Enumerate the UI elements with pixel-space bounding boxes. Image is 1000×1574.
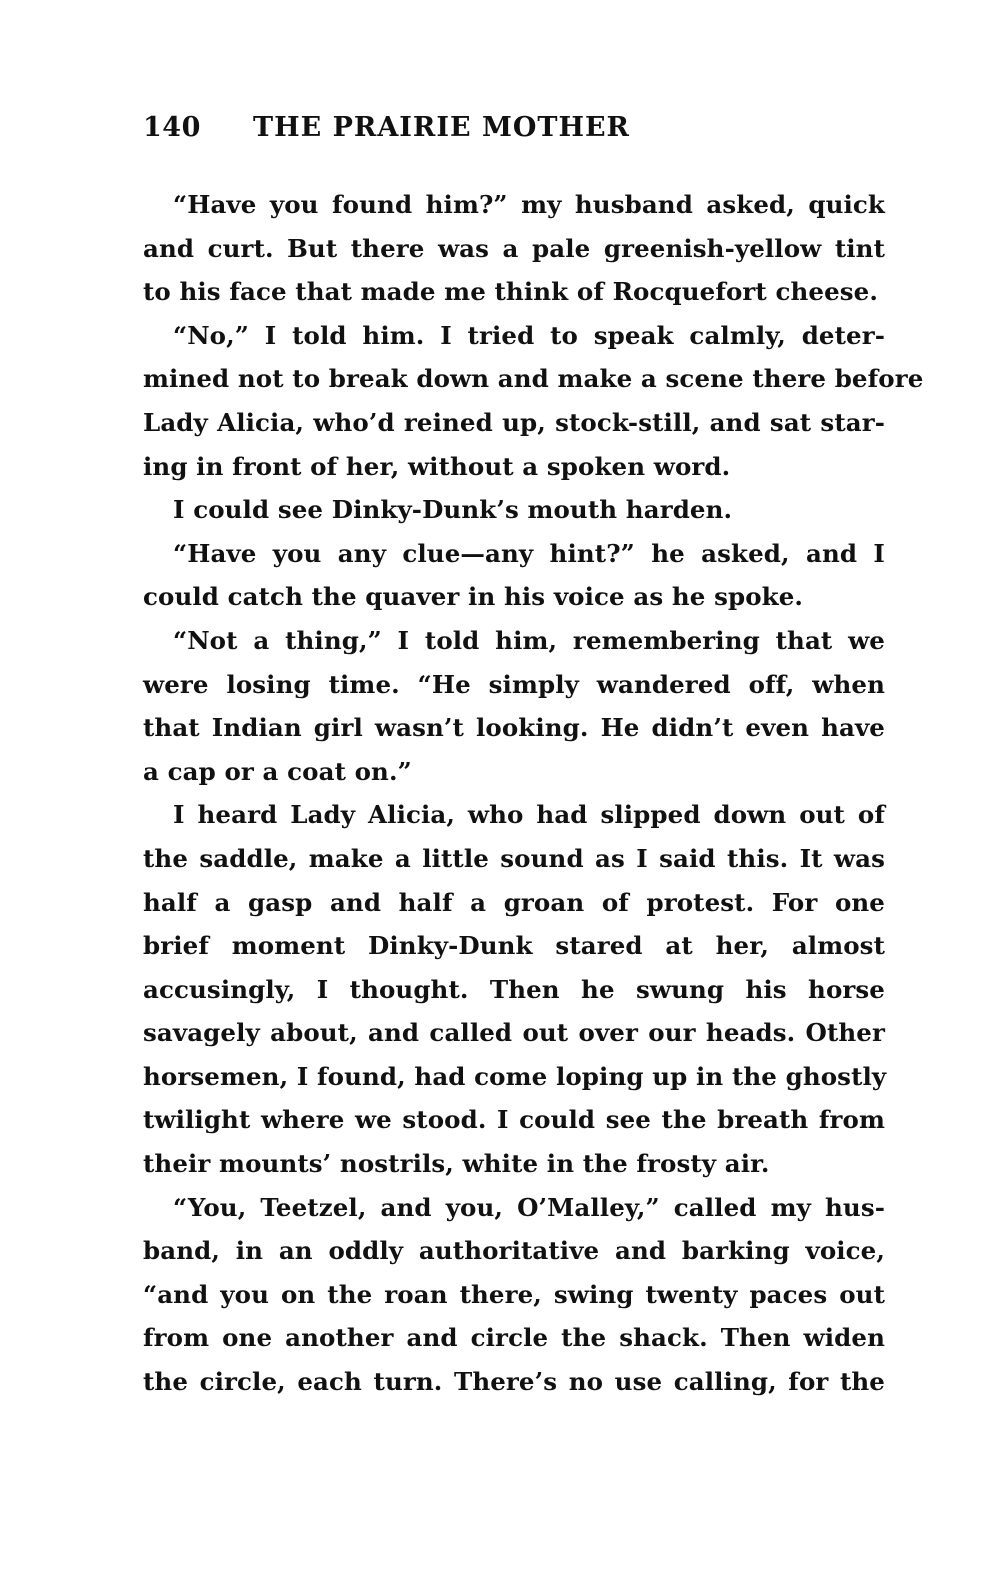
text-line: their mounts’ nostrils, white in the fro… bbox=[143, 1142, 885, 1186]
text-line: accusingly, I thought. Then he swung his… bbox=[143, 968, 885, 1012]
page-number: 140 bbox=[143, 112, 201, 143]
text-line: mined not to break down and make a scene… bbox=[143, 357, 885, 401]
text-line: to his face that made me think of Rocque… bbox=[143, 270, 885, 314]
text-line: “Have you any clue—any hint?” he asked, … bbox=[143, 532, 885, 576]
text-line: “No,” I told him. I tried to speak calml… bbox=[143, 314, 885, 358]
text-line: that Indian girl wasn’t looking. He didn… bbox=[143, 706, 885, 750]
text-line: “You, Teetzel, and you, O’Malley,” calle… bbox=[143, 1186, 885, 1230]
text-line: “and you on the roan there, swing twenty… bbox=[143, 1273, 885, 1317]
text-line: band, in an oddly authoritative and bark… bbox=[143, 1229, 885, 1273]
text-line: “Have you found him?” my husband asked, … bbox=[143, 183, 885, 227]
text-line: ing in front of her, without a spoken wo… bbox=[143, 445, 885, 489]
text-line: twilight where we stood. I could see the… bbox=[143, 1098, 885, 1142]
text-line: brief moment Dinky-Dunk stared at her, a… bbox=[143, 924, 885, 968]
running-title: THE PRAIRIE MOTHER bbox=[253, 112, 630, 143]
text-line: the saddle, make a little sound as I sai… bbox=[143, 837, 885, 881]
text-line: horsemen, I found, had come loping up in… bbox=[143, 1055, 885, 1099]
text-line: I heard Lady Alicia, who had slipped dow… bbox=[143, 793, 885, 837]
text-line: savagely about, and called out over our … bbox=[143, 1011, 885, 1055]
text-line: the circle, each turn. There’s no use ca… bbox=[143, 1360, 885, 1404]
text-line: from one another and circle the shack. T… bbox=[143, 1316, 885, 1360]
text-line: “Not a thing,” I told him, remembering t… bbox=[143, 619, 885, 663]
text-line: I could see Dinky-Dunk’s mouth harden. bbox=[143, 488, 885, 532]
page-header: 140 THE PRAIRIE MOTHER bbox=[143, 112, 885, 152]
text-line: half a gasp and half a groan of protest.… bbox=[143, 881, 885, 925]
body-text: “Have you found him?” my husband asked, … bbox=[143, 183, 885, 1404]
text-line: Lady Alicia, who’d reined up, stock-stil… bbox=[143, 401, 885, 445]
text-line: a cap or a coat on.” bbox=[143, 750, 885, 794]
text-line: were losing time. “He simply wandered of… bbox=[143, 663, 885, 707]
text-line: could catch the quaver in his voice as h… bbox=[143, 575, 885, 619]
text-line: and curt. But there was a pale greenish-… bbox=[143, 227, 885, 271]
